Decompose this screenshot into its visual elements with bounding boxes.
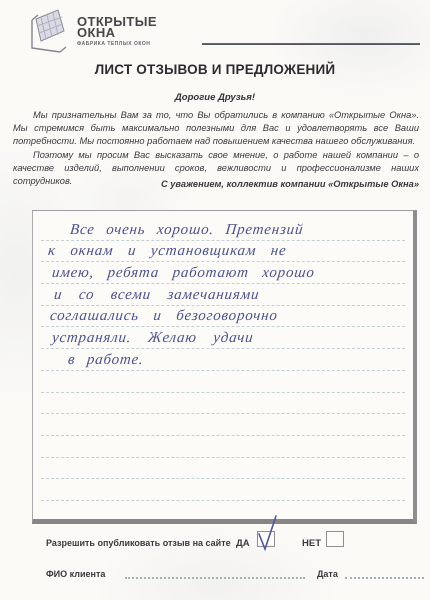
handwritten-checkmark-icon (254, 512, 280, 552)
greeting-heading: Дорогие Друзья! (0, 92, 430, 103)
feedback-form-scan: { "logo": { "name_line1": "ОТКРЫТЫЕ", "n… (0, 0, 430, 600)
ruled-line: Все очень хорошо. Претензий (41, 219, 405, 241)
intro-text: Мы признательны Вам за то, что Вы обрати… (13, 109, 419, 188)
open-window-icon (28, 7, 72, 53)
client-name-label: ФИО клиента (46, 569, 105, 579)
intro-paragraph-1: Мы признательны Вам за то, что Вы обрати… (13, 109, 419, 149)
handwriting-line: устраняли. Желаю удачи (51, 330, 254, 348)
ruled-line: имею, ребята работают хорошо (41, 262, 405, 284)
ruled-line (41, 393, 405, 415)
ruled-line: к окнам и установщикам не (41, 241, 405, 263)
handwriting-line: и со всеми замечаниями (53, 287, 260, 305)
handwriting-line: Все очень хорошо. Претензий (69, 222, 304, 240)
signoff-text: С уважением, коллектив компании «Открыты… (161, 179, 419, 189)
ruled-line: устраняли. Желаю удачи (41, 327, 405, 349)
ruled-line: и со всеми замечаниями (41, 284, 405, 306)
no-label: НЕТ (302, 538, 321, 549)
ruled-line (41, 371, 405, 393)
header-divider-line (202, 43, 420, 45)
ruled-line (41, 414, 405, 436)
page-title: ЛИСТ ОТЗЫВОВ И ПРЕДЛОЖЕНИЙ (0, 62, 430, 77)
yes-label: ДА (236, 538, 250, 549)
handwriting-line: в работе. (67, 352, 144, 370)
client-name-fill-line[interactable] (125, 570, 305, 579)
logo-text: ОТКРЫТЫЕ ОКНА ФАБРИКА ТЕПЛЫХ ОКОН (77, 7, 157, 53)
no-checkbox[interactable] (326, 531, 344, 547)
review-writing-area[interactable]: Все очень хорошо. Претензий к окнам и ус… (32, 210, 417, 524)
date-label: Дата (317, 569, 338, 579)
ruled-line: соглашались и безоговорочно (41, 306, 405, 328)
logo-tagline: ФАБРИКА ТЕПЛЫХ ОКОН (77, 41, 157, 47)
handwriting-line: имею, ребята работают хорошо (51, 265, 316, 283)
company-logo: ОТКРЫТЫЕ ОКНА ФАБРИКА ТЕПЛЫХ ОКОН (28, 7, 157, 53)
ruled-line (41, 436, 405, 458)
ruled-line: в работе. (41, 349, 405, 371)
date-fill-line[interactable] (345, 570, 424, 579)
handwriting-line: к окнам и установщикам не (47, 243, 287, 261)
handwriting-line: соглашались и безоговорочно (49, 308, 279, 326)
publish-consent-label: Разрешить опубликовать отзыв на сайте (46, 538, 231, 548)
ruled-line (41, 458, 405, 480)
ruled-line (41, 479, 405, 501)
